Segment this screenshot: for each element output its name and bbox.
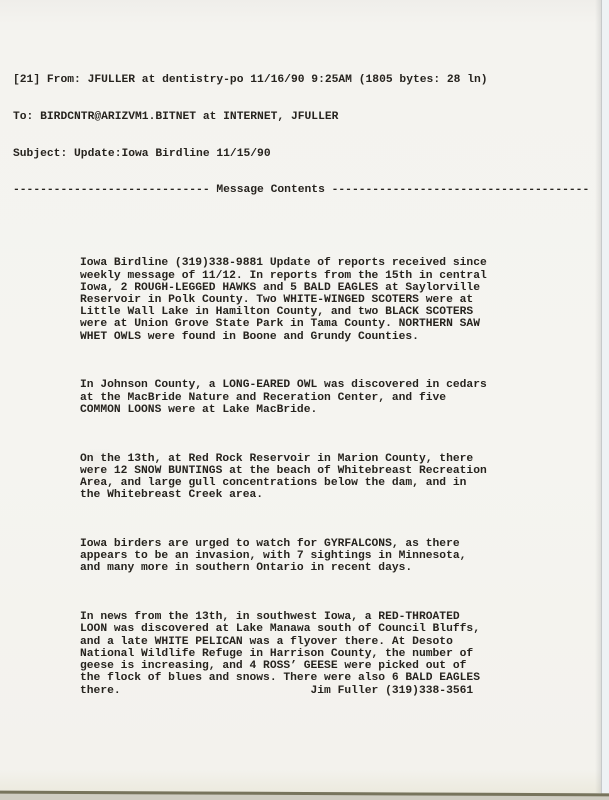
text-line: Iowa birders are urged to watch for GYRF… [80, 538, 589, 550]
paragraph-1: Iowa Birdline (319)338-9881 Update of re… [80, 257, 589, 342]
message-contents-divider: ----------------------------- Message Co… [13, 184, 589, 196]
text-line: Area, and large gull concentrations belo… [80, 477, 589, 489]
text-line: were 12 SNOW BUNTINGS at the beach of Wh… [80, 465, 589, 477]
text-line: COMMON LOONS were at Lake MacBride. [80, 404, 589, 416]
text-line: at the MacBride Nature and Receration Ce… [80, 392, 589, 404]
text-line: the flock of blues and snows. There were… [80, 672, 589, 684]
to-line: To: BIRDCNTR@ARIZVM1.BITNET at INTERNET,… [13, 111, 589, 123]
text-line: the Whitebreast Creek area. [80, 489, 589, 501]
text-line: National Wildlife Refuge in Harrison Cou… [80, 648, 589, 660]
message-body: Iowa Birdline (319)338-9881 Update of re… [80, 233, 589, 721]
text-line: there. Jim Fuller (319)338-3561 [80, 685, 589, 697]
text-line: Iowa Birdline (319)338-9881 Update of re… [80, 257, 589, 269]
paragraph-3: On the 13th, at Red Rock Reservoir in Ma… [80, 453, 589, 502]
text-line: were at Union Grove State Park in Tama C… [80, 318, 589, 330]
text-line: and a late WHITE PELICAN was a flyover t… [80, 636, 589, 648]
text-line: weekly message of 11/12. In reports from… [80, 270, 589, 282]
from-line: [21] From: JFULLER at dentistry-po 11/16… [13, 74, 589, 86]
text-line: Reservoir in Polk County. Two WHITE-WING… [80, 294, 589, 306]
paragraph-4: Iowa birders are urged to watch for GYRF… [80, 538, 589, 575]
scanned-email-page: [21] From: JFULLER at dentistry-po 11/16… [0, 0, 609, 800]
text-line: Little Wall Lake in Hamilton County, and… [80, 306, 589, 318]
paper-bottom-edge [0, 791, 609, 800]
text-line: geese is increasing, and 4 ROSS’ GEESE w… [80, 660, 589, 672]
text-line: LOON was discovered at Lake Manawa south… [80, 623, 589, 635]
email-text: [21] From: JFULLER at dentistry-po 11/16… [13, 50, 589, 746]
paper-sheet: [21] From: JFULLER at dentistry-po 11/16… [0, 0, 601, 793]
text-line: In news from the 13th, in southwest Iowa… [80, 611, 589, 623]
scanner-background-strip [601, 0, 609, 800]
scan-smudge-artifact [88, 452, 110, 486]
text-line: WHET OWLS were found in Boone and Grundy… [80, 331, 589, 343]
text-line: and many more in southern Ontario in rec… [80, 562, 589, 574]
paragraph-2: In Johnson County, a LONG-EARED OWL was … [80, 379, 589, 416]
text-line: Iowa, 2 ROUGH-LEGGED HAWKS and 5 BALD EA… [80, 282, 589, 294]
subject-line: Subject: Update:Iowa Birdline 11/15/90 [13, 148, 589, 160]
text-line: appears to be an invasion, with 7 sighti… [80, 550, 589, 562]
text-line: On the 13th, at Red Rock Reservoir in Ma… [80, 453, 589, 465]
text-line: In Johnson County, a LONG-EARED OWL was … [80, 379, 589, 391]
paragraph-5: In news from the 13th, in southwest Iowa… [80, 611, 589, 696]
